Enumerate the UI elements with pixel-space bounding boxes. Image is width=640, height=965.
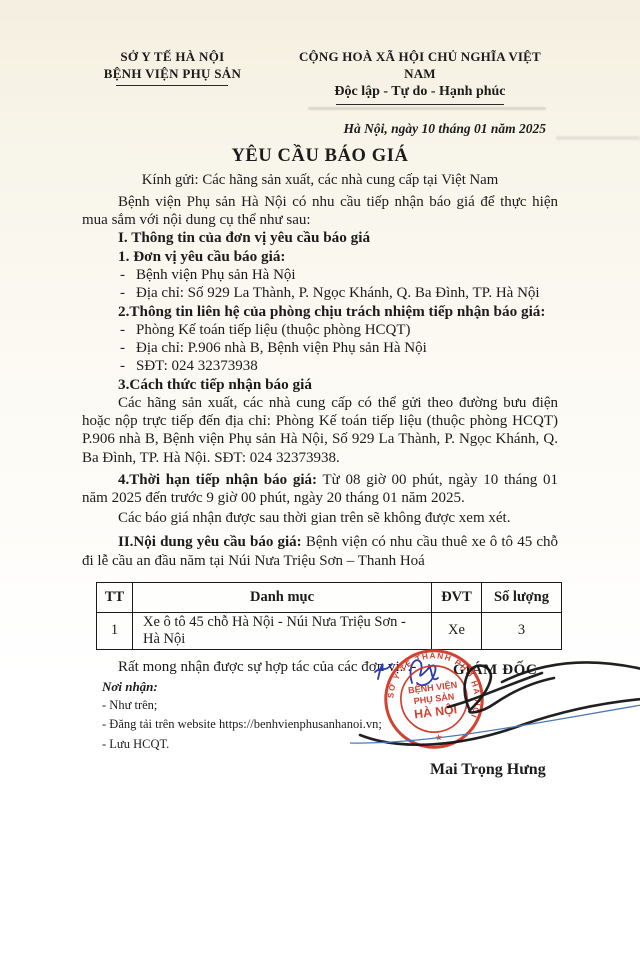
section-1-2-heading: 2.Thông tin liên hệ của phòng chịu trách… <box>82 303 558 321</box>
signer-name: Mai Trọng Hưng <box>430 761 546 779</box>
national-motto: Độc lập - Tự do - Hạnh phúc <box>282 82 558 101</box>
list-item-text: Bệnh viện Phụ sản Hà Nội <box>136 267 296 283</box>
list-item-text: SĐT: 024 32373938 <box>136 358 258 374</box>
document-page: SỞ Y TẾ HÀ NỘI BỆNH VIỆN PHỤ SẢN CỘNG HO… <box>0 0 640 965</box>
dateline: Hà Nội, ngày 10 tháng 01 năm 2025 <box>82 121 558 137</box>
issuing-org-block: SỞ Y TẾ HÀ NỘI BỆNH VIỆN PHỤ SẢN <box>82 48 263 86</box>
list-dash: - <box>120 284 136 302</box>
table-header-row: TT Danh mục ĐVT Số lượng <box>97 582 562 612</box>
scan-artifact <box>308 107 546 110</box>
section-1-4-heading: 4.Thời hạn tiếp nhận báo giá: <box>118 472 317 488</box>
motto-underline <box>336 104 504 105</box>
list-dash: - <box>120 266 136 284</box>
col-header-so-luong: Số lượng <box>482 582 562 612</box>
salutation: Kính gửi: Các hãng sản xuất, các nhà cun… <box>82 172 558 189</box>
list-item: -Địa chỉ: Số 929 La Thành, P. Ngọc Khánh… <box>82 284 558 302</box>
recipient-item: - Như trên; <box>102 697 382 715</box>
list-dash: - <box>120 357 136 375</box>
list-item-text: Phòng Kế toán tiếp liệu (thuộc phòng HCQ… <box>136 322 411 338</box>
section-1-4-paragraph: 4.Thời hạn tiếp nhận báo giá: Từ 08 giờ … <box>82 471 558 507</box>
section-1-heading: I. Thông tin của đơn vị yêu cầu báo giá <box>82 229 558 247</box>
national-motto-block: CỘNG HOÀ XÃ HỘI CHỦ NGHĨA VIỆT NAM Độc l… <box>282 48 558 105</box>
list-item-text: Địa chỉ: P.906 nhà B, Bệnh viện Phụ sản … <box>136 340 427 356</box>
recipient-item: - Lưu HCQT. <box>102 736 382 754</box>
intro-paragraph: Bệnh viện Phụ sản Hà Nội có nhu cầu tiếp… <box>82 193 558 229</box>
page-title: YÊU CẦU BÁO GIÁ <box>82 146 558 167</box>
list-item-text: Địa chỉ: Số 929 La Thành, P. Ngọc Khánh,… <box>136 285 540 301</box>
section-2-heading: II.Nội dung yêu cầu báo giá: <box>118 534 302 550</box>
list-dash: - <box>120 321 136 339</box>
list-item: -Bệnh viện Phụ sản Hà Nội <box>82 266 558 284</box>
org-name: BỆNH VIỆN PHỤ SẢN <box>82 65 263 82</box>
recipients-block: Nơi nhận: - Như trên; - Đăng tải trên we… <box>102 679 382 754</box>
list-item: -Địa chỉ: P.906 nhà B, Bệnh viện Phụ sản… <box>82 339 558 357</box>
section-1-4-note: Các báo giá nhận được sau thời gian trên… <box>82 509 558 527</box>
recipient-item: - Đăng tải trên website https://benhvien… <box>102 716 382 734</box>
org-underline <box>116 85 228 86</box>
document-header: SỞ Y TẾ HÀ NỘI BỆNH VIỆN PHỤ SẢN CỘNG HO… <box>82 48 558 105</box>
col-header-tt: TT <box>97 582 133 612</box>
recipients-heading: Nơi nhận: <box>102 679 382 695</box>
section-2-paragraph: II.Nội dung yêu cầu báo giá: Bệnh viện c… <box>82 533 558 569</box>
scan-artifact <box>556 136 640 140</box>
cell-tt: 1 <box>97 612 133 649</box>
list-item: -SĐT: 024 32373938 <box>82 357 558 375</box>
col-header-danh-muc: Danh mục <box>133 582 432 612</box>
quotation-items-table: TT Danh mục ĐVT Số lượng 1 Xe ô tô 45 ch… <box>96 582 562 650</box>
section-1-3-body: Các hãng sản xuất, các nhà cung cấp có t… <box>82 394 558 467</box>
national-title: CỘNG HOÀ XÃ HỘI CHỦ NGHĨA VIỆT NAM <box>282 48 558 82</box>
section-1-1-heading: 1. Đơn vị yêu cầu báo giá: <box>82 248 558 266</box>
signature-area: Rất mong nhận được sự hợp tác của các đơ… <box>82 659 558 959</box>
list-item: -Phòng Kế toán tiếp liệu (thuộc phòng HC… <box>82 321 558 339</box>
col-header-dvt: ĐVT <box>432 582 482 612</box>
section-1-3-heading: 3.Cách thức tiếp nhận báo giá <box>82 376 558 394</box>
org-parent: SỞ Y TẾ HÀ NỘI <box>82 48 263 65</box>
list-dash: - <box>120 339 136 357</box>
